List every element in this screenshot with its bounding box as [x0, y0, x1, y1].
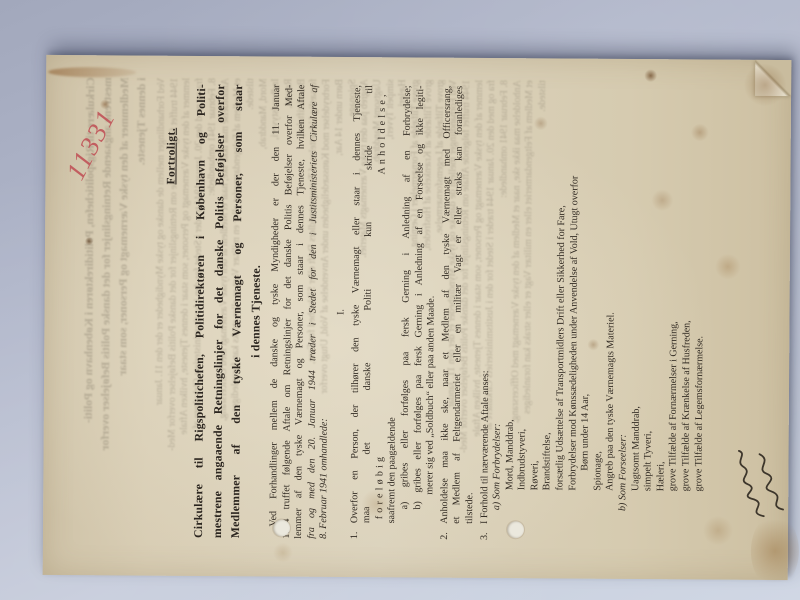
- offenses-list: Uagtsomt Manddrab,simpelt Tyveri,Hæleri,…: [630, 87, 709, 526]
- signature-handwriting: [732, 441, 794, 525]
- item-number: 2.: [439, 532, 452, 540]
- document-body: Cirkulære til Rigspolitichefen, Politidi…: [43, 55, 792, 580]
- crimes-list: Mord, Manddrab,Indbrudstyveri,Røveri,Bra…: [504, 86, 620, 525]
- intro-paragraph: Ved Forhandlinger mellem de danske og ty…: [268, 84, 334, 538]
- folded-corner: [755, 60, 791, 96]
- item-number: 1.: [349, 532, 362, 540]
- intro-line: 8. Februar 1941 omhandlede:: [318, 85, 334, 539]
- item-number: 3.: [478, 532, 491, 540]
- list-item-3: 3. I Forhold til nærværende Aftale anses…: [478, 86, 708, 542]
- section-numeral: I.: [334, 85, 350, 539]
- list-item: grove Tilfælde af Legemsfornærmelse.: [693, 87, 708, 491]
- list-item-1: 1. Overfor en Person, der tilhører den t…: [349, 85, 440, 540]
- photo-of-document: Cirkulære til Rigspolitichefen, Politidi…: [0, 0, 800, 600]
- punch-hole: [507, 521, 524, 538]
- punch-hole: [273, 520, 290, 537]
- list-item-2: 2. Anholdelse maa ikke ske, naar et Medl…: [439, 86, 480, 540]
- document-title: Cirkulære til Rigspolitichefen, Politidi…: [189, 84, 266, 539]
- title-line: Medlemmer af den tyske Værnemagt og Pers…: [226, 84, 248, 538]
- paper-sheet: Cirkulære til Rigspolitichefen, Politidi…: [43, 55, 792, 580]
- title-line: i dennes Tjeneste.: [244, 84, 266, 538]
- title-line: Cirkulære til Rigspolitichefen, Politidi…: [189, 84, 211, 538]
